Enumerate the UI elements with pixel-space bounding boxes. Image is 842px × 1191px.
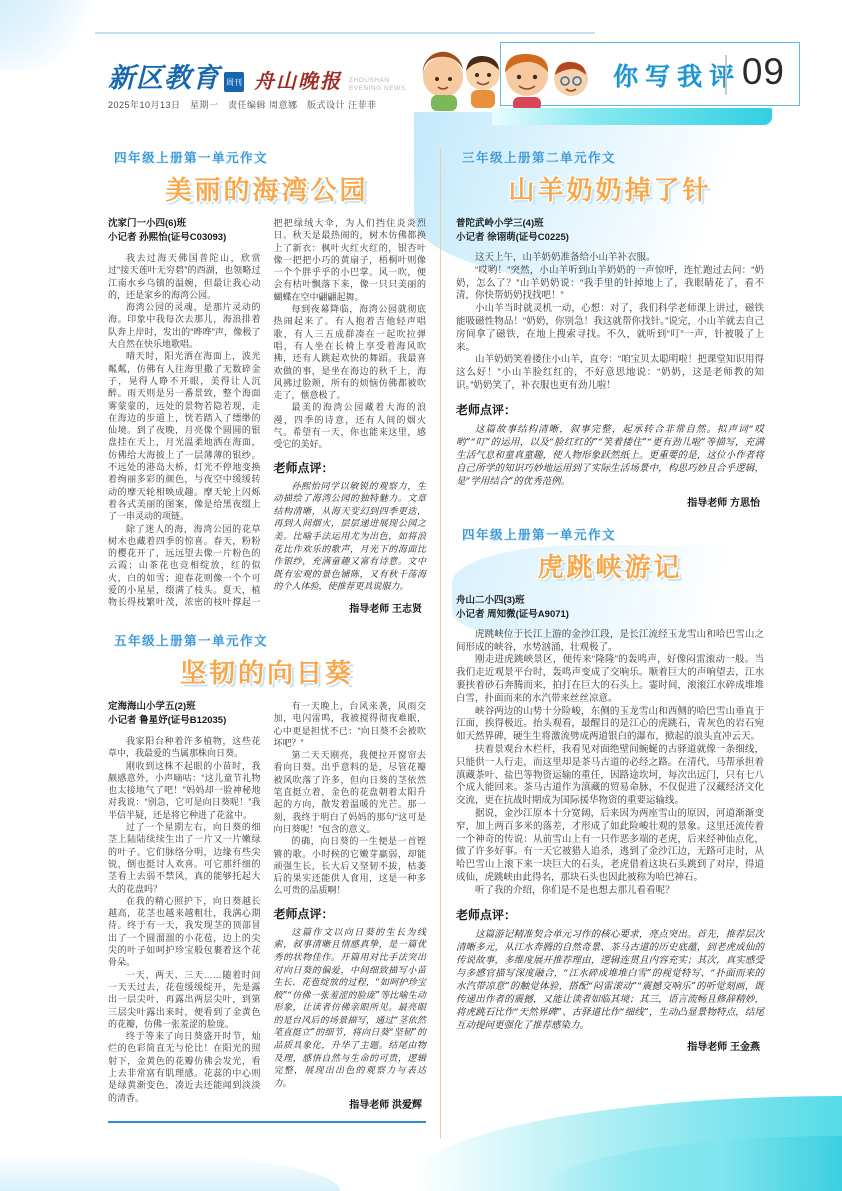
- teacher-comment: 孙熙怡同学以敏锐的观察力，生动描绘了海湾公园的独特魅力。文章结构清晰，从海天变幻…: [274, 481, 427, 594]
- content-area: 四年级上册第一单元作文 美丽的海湾公园 沈家门一小四(6)班 小记者 孙熙怡(证…: [108, 148, 800, 1139]
- bottom-rule: [108, 1121, 426, 1123]
- article-kicker: 五年级上册第一单元作文: [114, 631, 426, 649]
- paragraph: 的确，向日葵的一生便是一首铿锵的歌。小时候的它嫩芽羸弱，却能顽强生长，长大后又坚…: [274, 835, 427, 896]
- paragraph: 我去过海天佛国普陀山，欣赏过“接天莲叶无穷碧”的西湖，也领略过江南水乡乌镇的温婉…: [108, 252, 261, 301]
- paragraph: 最美的海湾公园藏着大海的浪漫，四季的诗意，还有人间的烟火气。希望有一天，你也能来…: [274, 401, 427, 450]
- paragraph: 小山羊当时就灵机一动，心想：对了，我们科学老师课上讲过，磁铁能吸磁性物品！“奶奶…: [456, 303, 764, 354]
- comment-heading: 老师点评：: [456, 906, 764, 923]
- section-title: 你写我评: [613, 57, 741, 93]
- newspaper-english-name: ZHOUSHAN EVENING NEWS: [349, 77, 406, 92]
- comment-heading: 老师点评：: [456, 401, 764, 418]
- article-title: 美丽的海湾公园: [108, 170, 426, 207]
- article-kicker: 四年级上册第一单元作文: [114, 148, 426, 166]
- paragraph: 山羊奶奶笑着搂住小山羊，直夸：“咱宝贝太聪明啦！把课堂知识用得这么好！”小山羊脸…: [456, 354, 764, 392]
- article-title: 虎跳峡游记: [456, 547, 764, 584]
- article-title: 山羊奶奶掉了针: [456, 170, 764, 207]
- reporter: 小记者 孙熙怡(证号C03093): [108, 231, 261, 245]
- reporter: 小记者 徐诩萌(证号C0225): [456, 231, 764, 245]
- masthead: 新区教育 周刊 舟山晚报 ZHOUSHAN EVENING NEWS 2025年…: [108, 56, 438, 111]
- children-illustration: [405, 35, 605, 113]
- teacher-credit: 指导老师 方思怡: [456, 494, 764, 509]
- paragraph: 听了我的介绍，你们是不是也想去那儿看看呢？: [456, 885, 764, 898]
- article-sunflower: 五年级上册第一单元作文 坚韧的向日葵 定海海山小学五(2)班 小记者 鲁星妤(证…: [108, 631, 426, 1123]
- article-body: 这天上午，山羊奶奶准备给小山羊补衣服。“哎哟！”突然，小山羊听到山羊奶奶的一声惊…: [456, 252, 764, 393]
- article-body: 虎跳峡位于长江上游的金沙江段，是长江流经玉龙雪山和哈巴雪山之间形成的峡谷，水势汹…: [456, 629, 764, 898]
- school-class: 定海海山小学五(2)班: [108, 700, 261, 714]
- article-goat-grandma: 三年级上册第二单元作文 山羊奶奶掉了针 普陀武岭小学三(4)班 小记者 徐诩萌(…: [456, 148, 764, 509]
- paragraph: 峡谷两边的山势十分险峻，东侧的玉龙雪山和西侧的哈巴雪山垂直于江面，挨得极近。抬头…: [456, 706, 764, 744]
- article-kicker: 三年级上册第二单元作文: [462, 148, 764, 166]
- teacher-credit: 指导老师 王金燕: [456, 1038, 764, 1053]
- article-flow: 定海海山小学五(2)班 小记者 鲁星妤(证号B12035) 我家阳台种着许多植物…: [108, 700, 426, 1111]
- teacher-credit: 指导老师 王志贤: [274, 600, 427, 615]
- page-number: 09: [742, 51, 785, 93]
- article-title: 坚韧的向日葵: [108, 653, 426, 690]
- paragraph: 这天上午，山羊奶奶准备给小山羊补衣服。: [456, 252, 764, 265]
- article-byline: 沈家门一小四(6)班 小记者 孙熙怡(证号C03093): [108, 217, 261, 245]
- brand-logo: 新区教育: [108, 56, 220, 95]
- wave-decoration-bottom-left: [0, 1149, 340, 1191]
- paragraph: 晴天时，阳光洒在海面上，波光粼粼，仿佛有人往海里撒了无数碎金子，晃得人睁不开眼，…: [108, 350, 261, 522]
- comment-heading: 老师点评：: [274, 905, 427, 922]
- paragraph: 虎跳峡位于长江上游的金沙江段，是长江流经玉龙雪山和哈巴雪山之间形成的峡谷，水势汹…: [456, 629, 764, 655]
- school-class: 沈家门一小四(6)班: [108, 217, 261, 231]
- paragraph: “哎哟！”突然，小山羊听到山羊奶奶的一声惊呼，连忙跑过去问：“奶奶，怎么了？”山…: [456, 265, 764, 303]
- corner-decoration-top-left: [0, 0, 110, 70]
- paragraph: 刚走进虎跳峡景区，便传来“隆隆”的轰鸣声，好像闷雷滚动一般。当我们走近观景平台时…: [456, 654, 764, 705]
- article-byline: 舟山二小四(3)班 小记者 周知微(证号A9071): [456, 594, 764, 622]
- section-banner: 你写我评 09: [500, 42, 800, 106]
- newspaper-logo: 舟山晚报: [254, 65, 342, 94]
- school-class: 普陀武岭小学三(4)班: [456, 217, 764, 231]
- school-class: 舟山二小四(3)班: [456, 594, 764, 608]
- banner-divider: [725, 55, 727, 95]
- paragraph: 在我的精心照护下，向日葵越长越高，花茎也越来越粗壮，我满心期待。终于有一天，我发…: [108, 895, 261, 969]
- weekly-badge: 周刊: [224, 72, 244, 92]
- article-tiger-leaping-gorge: 四年级上册第一单元作文 虎跳峡游记 舟山二小四(3)班 小记者 周知微(证号A9…: [456, 525, 764, 1053]
- paragraph: 刚收到这株不起眼的小苗时，我颇感意外，小声嘀咕：“这儿童节礼物也太接地气了吧！”…: [108, 760, 261, 821]
- reporter: 小记者 周知微(证号A9071): [456, 608, 764, 622]
- comment-heading: 老师点评：: [274, 459, 427, 476]
- top-rule: [95, 32, 595, 34]
- paragraph: 扶着景观台木栏杆，我看见对面绝壁间蜿蜒的古驿道就像一条细线，只能供一人行走，而这…: [456, 744, 764, 808]
- paragraph: 据说，金沙江原本十分宽阔，后来因为两座雪山的原因，河道渐渐变窄，加上两百多米的落…: [456, 808, 764, 885]
- article-flow: 沈家门一小四(6)班 小记者 孙熙怡(证号C03093) 我去过海天佛国普陀山，…: [108, 217, 426, 615]
- article-bay-park: 四年级上册第一单元作文 美丽的海湾公园 沈家门一小四(6)班 小记者 孙熙怡(证…: [108, 148, 426, 615]
- teacher-comment: 这篇故事结构清晰，叙事完整，起承转合非常自然。拟声词“哎哟”“叮”的运用，以及“…: [456, 423, 764, 488]
- paragraph: 终于等来了向日葵盛开时节，灿烂的色彩简直无与伦比！在阳光的照射下，金黄色的花瓣仿…: [108, 1030, 261, 1104]
- teacher-credit: 指导老师 洪爱辉: [274, 1096, 427, 1111]
- cyan-band: [492, 108, 772, 125]
- reporter: 小记者 鲁星妤(证号B12035): [108, 714, 261, 728]
- teacher-comment: 这篇作文以向日葵的生长为线索，叙事清晰且情感真挚，是一篇优秀的状物佳作。开篇用对…: [274, 927, 427, 1091]
- paragraph: 过了一个星期左右，向日葵的细茎上陆陆续续生出了一片又一片嫩绿的叶子。它们脉络分明…: [108, 821, 261, 895]
- paragraph: 有一天晚上，台风来袭，风雨交加，电闪雷鸣，我被搅得彻夜难眠，心中更是担忧不已：“…: [274, 700, 427, 749]
- article-byline: 普陀武岭小学三(4)班 小记者 徐诩萌(证号C0225): [456, 217, 764, 245]
- paragraph: 第二天天刚亮，我便拉开窗帘去看向日葵。出乎意料的是，尽管花瓣被风吹落了许多，但向…: [274, 749, 427, 835]
- article-kicker: 四年级上册第一单元作文: [462, 525, 764, 543]
- right-column: 三年级上册第二单元作文 山羊奶奶掉了针 普陀武岭小学三(4)班 小记者 徐诩萌(…: [440, 148, 800, 1139]
- article-byline: 定海海山小学五(2)班 小记者 鲁星妤(证号B12035): [108, 700, 261, 728]
- dateline: 2025年10月13日 星期一 责任编辑 周意娜 版式设计 汪菲菲: [108, 98, 438, 111]
- paragraph: 一天、两天、三天……随着时间一天天过去，花苞缓缓绽开，先是露出一层尖叶，再露出两…: [108, 969, 261, 1030]
- page-header: 新区教育 周刊 舟山晚报 ZHOUSHAN EVENING NEWS 2025年…: [108, 42, 800, 128]
- teacher-comment: 这篇游记精准契合单元习作的核心要求，亮点突出。首先，推荐层次清晰多元，从江水奔腾…: [456, 928, 764, 1032]
- paragraph: 每到夜幕降临，海湾公园就彻底热闹起来了。有人抱着吉他轻声唱歌，有人三五成群凑在一…: [274, 303, 427, 401]
- paragraph: 海湾公园的灵魂，是那片灵动的海。印象中我每次去那儿，海浪排着队奔上岸时，发出的“…: [108, 301, 261, 350]
- paragraph: 我家阳台种着许多植物，这些花草中，我最爱的当属那株向日葵。: [108, 735, 261, 760]
- left-column: 四年级上册第一单元作文 美丽的海湾公园 沈家门一小四(6)班 小记者 孙熙怡(证…: [108, 148, 426, 1139]
